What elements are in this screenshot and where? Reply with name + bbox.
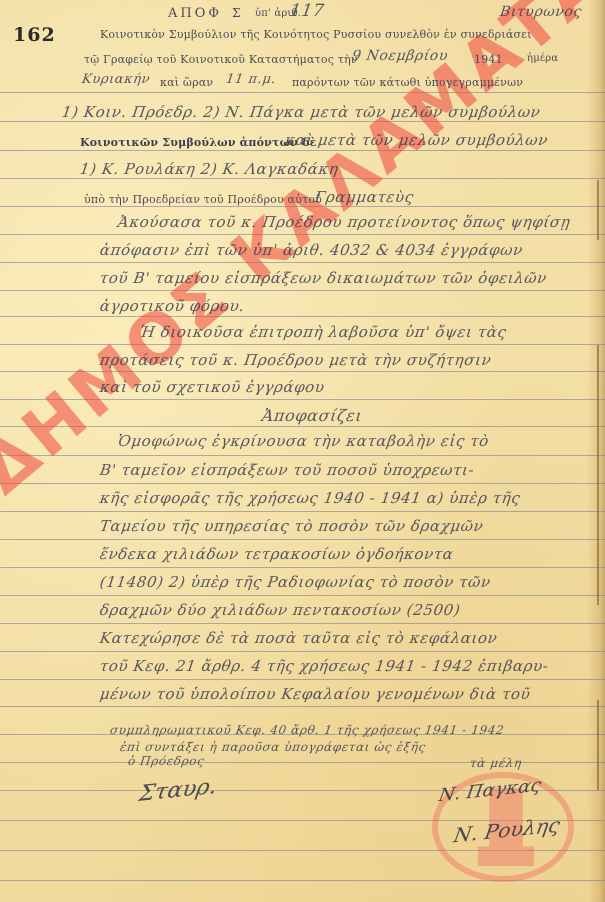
ruled-line: [0, 290, 605, 291]
ruled-line: [0, 399, 605, 400]
ruled-line: [0, 623, 605, 624]
decision-line: Ὁμοφώνως ἐγκρίνουσα τὴν καταβολὴν εἰς τὸ: [117, 432, 490, 450]
time-label: καὶ ὥραν: [160, 76, 213, 89]
ruled-line: [0, 426, 605, 427]
absent-members: καὶ μετὰ τῶν μελῶν συμβούλων: [284, 131, 550, 149]
binding-mark: [597, 345, 599, 605]
decision-heading: Ἀποφασίζει: [261, 406, 364, 425]
presidency-label: ὑπὸ τὴν Προεδρείαν τοῦ Προέδρου αὐτοῦ: [84, 193, 322, 206]
page-number: 162: [13, 24, 56, 46]
ruled-line: [0, 595, 605, 596]
ruled-line: [0, 567, 605, 568]
meeting-time: 11 π.μ.: [225, 72, 277, 87]
decision-line: Ταμείου τῆς υπηρεσίας τὸ ποσὸν τῶν δραχμ…: [99, 517, 485, 535]
ruled-line: [0, 262, 605, 263]
body-line: ἀγροτικοῦ φόρου.: [99, 297, 246, 315]
header-line-2-suffix: ἡμέρα: [527, 53, 558, 64]
ruled-line: [0, 371, 605, 372]
members-names: 1) Κ. Ρουλάκη 2) Κ. Λαγκαδάκη: [79, 160, 340, 178]
header-line-1: Κοινοτικὸν Συμβούλιον τῆς Κοινότητος Ρυσ…: [100, 28, 532, 41]
decision-line: Β' ταμεῖον εἰσπράξεων τοῦ ποσοῦ ὑποχρεωτ…: [99, 461, 476, 479]
decision-line: δραχμῶν δύο χιλιάδων πεντακοσίων (2500): [99, 601, 462, 619]
ruled-line: [0, 316, 605, 317]
body-line: ἀπόφασιν ἐπὶ τῶν ὑπ' ἀριθ. 4032 & 4034 ἐ…: [99, 241, 524, 259]
absent-label: Κοινοτικῶν Συμβούλων ἀπόντων δὲ: [80, 136, 317, 149]
decision-line: τοῦ Κεφ. 21 ἄρθρ. 4 τῆς χρήσεως 1941 - 1…: [99, 657, 550, 675]
header-title-suffix: Σ: [232, 6, 241, 20]
present-members: 1) Κοιν. Πρόεδρ. 2) Ν. Πάγκα μετὰ τῶν με…: [61, 103, 542, 121]
header-handwritten-note: Βιτυρωνος: [499, 4, 583, 20]
ruled-line: [0, 511, 605, 512]
meeting-date: 9 Νοεμβρίου: [351, 48, 449, 64]
ruled-line: [0, 455, 605, 456]
body-line: τοῦ Β' ταμείου εἰσπράξεων δικαιωμάτων τῶ…: [99, 269, 549, 287]
document-page: ΔΗΜΟΣ ΚΑΛΑΜΑΤΑΣ 162 ΑΠΟΦ Σ ὑπ' ἀριθ. 117…: [0, 0, 605, 902]
binding-mark: [597, 700, 599, 790]
page-edge: [587, 0, 605, 902]
decision-number: 117: [289, 1, 326, 21]
body-line: καὶ τοῦ σχετικοῦ ἐγγράφου: [99, 378, 326, 396]
meeting-day: Κυριακήν: [81, 72, 151, 87]
ruled-line: [0, 178, 605, 179]
closing-line: ἐπὶ συντάξει ἡ παροῦσα ὑπογράφεται ὡς ἑξ…: [119, 740, 427, 754]
body-line: προτάσεις τοῦ κ. Προέδρου μετὰ τὴν συζήτ…: [99, 351, 493, 369]
decision-line: κῆς εἰσφορᾶς τῆς χρήσεως 1940 - 1941 α) …: [99, 489, 522, 507]
decision-line: Κατεχώρησε δὲ τὰ ποσὰ ταῦτα εἰς τὸ κεφάλ…: [99, 629, 499, 647]
body-line: Ἡ διοικοῦσα ἐπιτροπὴ λαβοῦσα ὑπ' ὄψει τὰ…: [139, 323, 508, 341]
ruled-line: [0, 679, 605, 680]
meeting-year: 1941: [474, 53, 503, 66]
ruled-line: [0, 651, 605, 652]
ruled-line: [0, 483, 605, 484]
ruled-line: [0, 121, 605, 122]
decision-line: ἕνδεκα χιλιάδων τετρακοσίων ὀγδοήκοντα: [99, 545, 455, 563]
header-line-2-prefix: τῷ Γραφείῳ τοῦ Κοινοτικοῦ Καταστήματος τ…: [84, 53, 358, 66]
members-label: τὰ μέλη: [469, 756, 523, 770]
ruled-line: [0, 706, 605, 707]
ruled-line: [0, 92, 605, 93]
secretary-note: Γραμματεὺς: [314, 188, 415, 206]
closing-line: συμπληρωματικοῦ Κεφ. 40 ἄρθ. 1 τῆς χρήσε…: [109, 723, 505, 737]
header-line-3-suffix: παρόντων τῶν κάτωθι ὑπογεγραμμένων: [292, 76, 523, 89]
ruled-line: [0, 234, 605, 235]
decision-line: (11480) 2) ὑπὲρ τῆς Ραδιοφωνίας τὸ ποσὸν…: [99, 573, 492, 591]
decision-line: μένων τοῦ ὑπολοίπου Κεφαλαίου γενομένων …: [99, 685, 532, 703]
ruled-line: [0, 206, 605, 207]
signature-president: Σταυρ.: [137, 774, 219, 807]
binding-mark: [597, 180, 599, 240]
ruled-line: [0, 539, 605, 540]
ruled-line: [0, 344, 605, 345]
body-line: Ἀκούσασα τοῦ κ. Προέδρου προτείνοντος ὅπ…: [117, 213, 572, 231]
president-label: ὁ Πρόεδρος: [127, 754, 205, 768]
ruled-line: [0, 150, 605, 151]
header-title: ΑΠΟΦ: [168, 6, 222, 21]
